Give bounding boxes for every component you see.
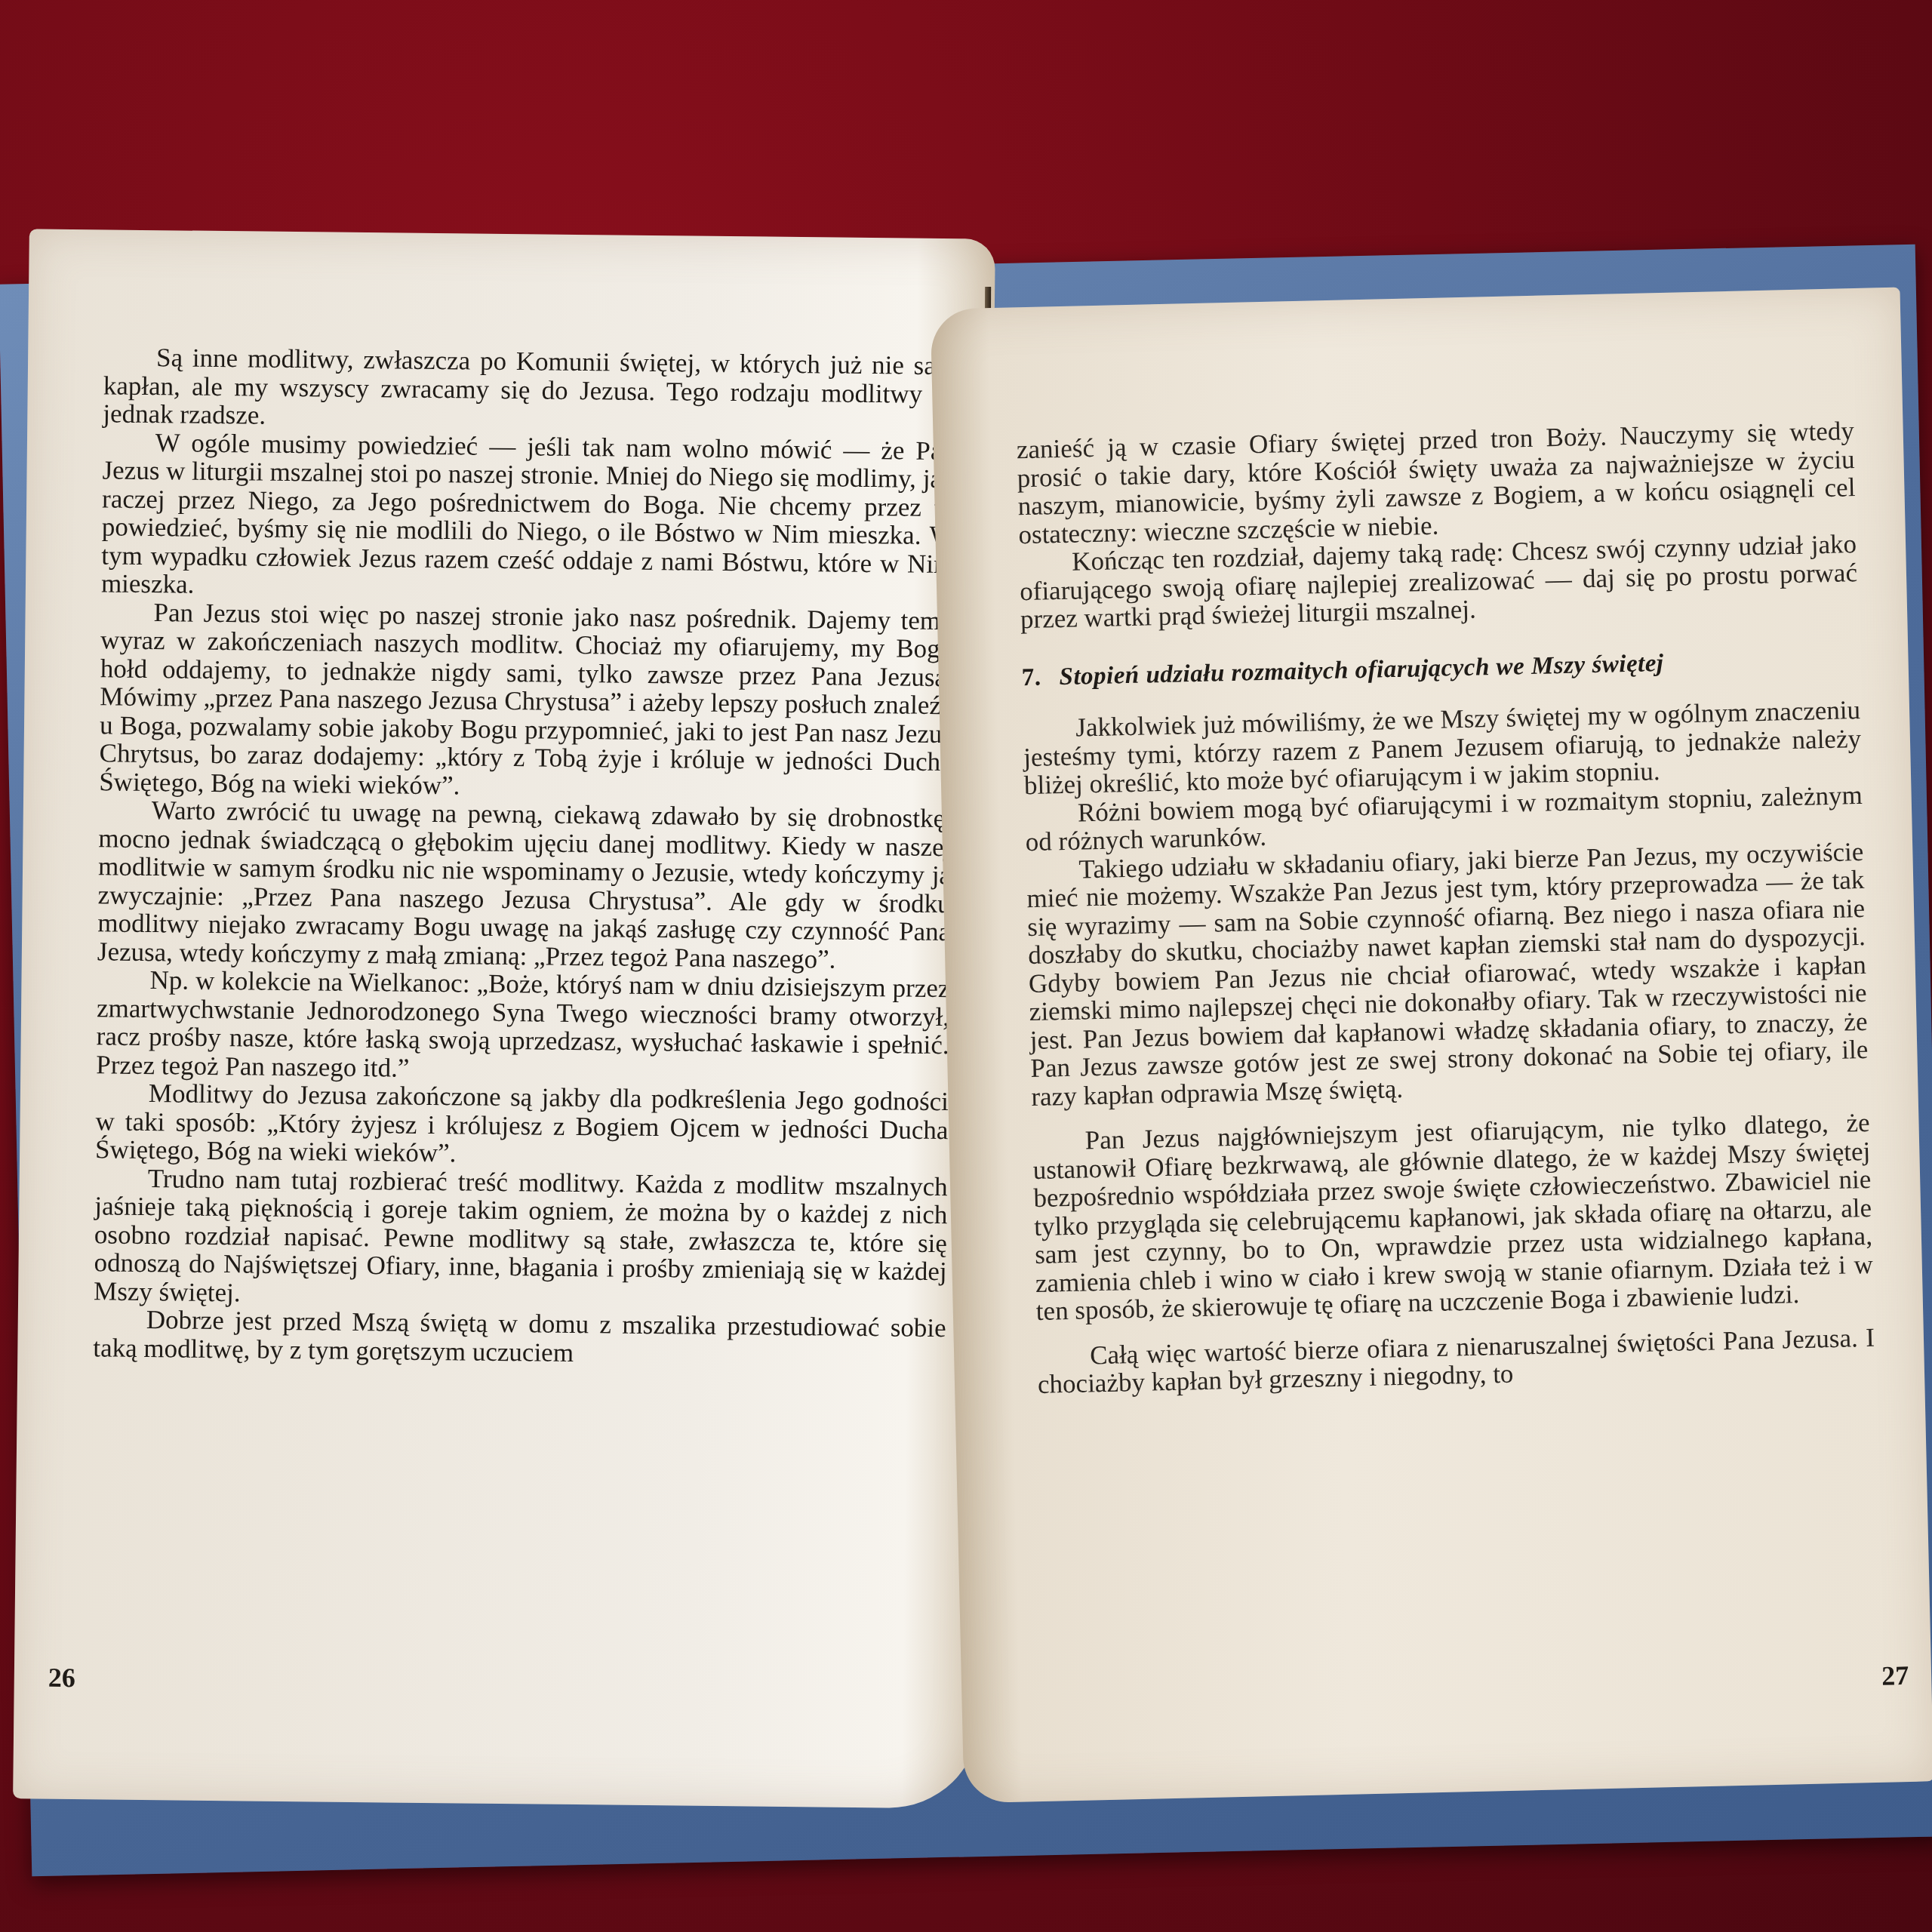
paragraph: Takiego udziału w składaniu ofiary, jaki… <box>1026 837 1869 1111</box>
left-page: Są inne modlitwy, zwłaszcza po Komunii ś… <box>13 229 995 1808</box>
right-page-text: zanieść ją w czasie Ofiary świętej przed… <box>1017 417 1876 1398</box>
paragraph: Dobrze jest przed Mszą świętą w domu z m… <box>93 1305 946 1371</box>
paragraph: W ogóle musimy powiedzieć — jeśli tak na… <box>101 428 955 607</box>
paragraph: Pan Jezus stoi więc po naszej stronie ja… <box>99 598 954 804</box>
paragraph: zanieść ją w czasie Ofiary świętej przed… <box>1017 417 1857 549</box>
paragraph: Np. w kolekcie na Wielkanoc: „Boże, któr… <box>96 965 950 1088</box>
paragraph: Pan Jezus najgłówniejszym jest ofiarując… <box>1032 1109 1874 1326</box>
paragraph: Modlitwy do Jezusa zakończone są jakby d… <box>95 1078 949 1172</box>
paragraph: Są inne modlitwy, zwłaszcza po Komunii ś… <box>103 343 956 436</box>
right-page: zanieść ją w czasie Ofiary świętej przed… <box>931 288 1932 1804</box>
paragraph: Kończąc ten rozdział, dajemy taką radę: … <box>1019 530 1858 634</box>
section-number: 7. <box>1021 663 1041 691</box>
paragraph: Trudno nam tutaj rozbierać treść modlitw… <box>94 1164 948 1314</box>
left-page-text: Są inne modlitwy, zwłaszcza po Komunii ś… <box>93 343 956 1371</box>
page-number-left: 26 <box>48 1662 75 1694</box>
paragraph: Warto zwrócić tu uwagę na pewną, ciekawą… <box>97 795 952 974</box>
page-number-right: 27 <box>1881 1660 1909 1692</box>
section-title: Stopień udziału rozmaitych ofiarujących … <box>1059 649 1664 690</box>
section-heading: 7.Stopień udziału rozmaitych ofiarującyc… <box>1021 645 1860 693</box>
